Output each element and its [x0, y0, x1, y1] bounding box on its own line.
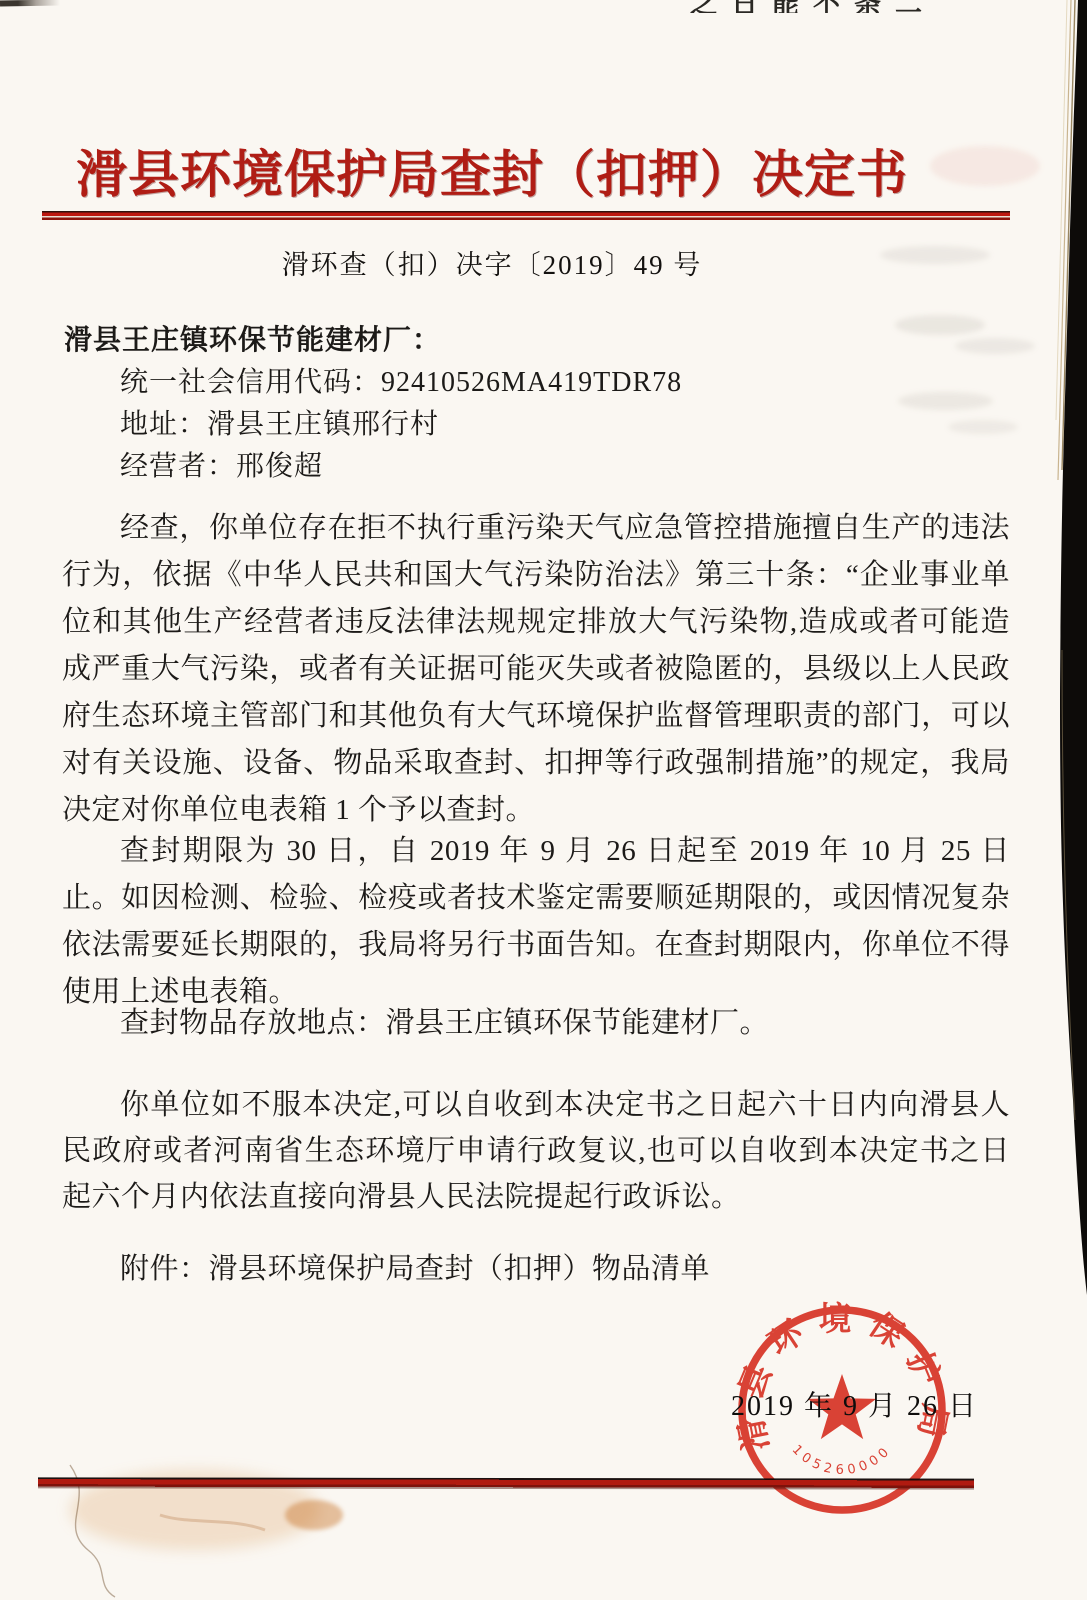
bottom-left-stain: [285, 1500, 343, 1530]
top-left-scan-smudge: [0, 0, 60, 7]
bleed-through-smudge: [930, 146, 1040, 186]
seal-org-text: 滑县环境保护局: [736, 1301, 952, 1454]
scanned-document-page: 之日能不条二 滑县环境保护局查封（扣押）决定书 滑环查（扣）决字〔2019〕49…: [0, 0, 1087, 1600]
document-title: 滑县环境保护局查封（扣押）决定书: [42, 133, 942, 207]
address-line: 地址：滑县王庄镇邢行村: [64, 404, 1010, 446]
body-paragraph-storage-location: 查封物品存放地点：滑县王庄镇环保节能建材厂。: [62, 1000, 1010, 1047]
footer-rule: [38, 1477, 974, 1489]
decision-date: 2019 年 9 月 26 日: [731, 1384, 978, 1424]
body-paragraph-duration: 查封期限为 30 日，自 2019 年 9 月 26 日起至 2019 年 10…: [62, 828, 1010, 1016]
recipient-block: 滑县王庄镇环保节能建材厂： 统一社会信用代码：92410526MA419TDR7…: [64, 320, 1010, 488]
document-number: 滑环查（扣）决字〔2019〕49 号: [42, 243, 942, 282]
credit-code-line: 统一社会信用代码：92410526MA419TDR78: [64, 362, 1010, 404]
recipient-name: 滑县王庄镇环保节能建材厂：: [64, 320, 1010, 362]
scanner-edge-artifact: [1045, 0, 1087, 1600]
body-paragraph-appeal-rights: 你单位如不服本决定,可以自收到本决定书之日起六十日内向滑县人民政府或者河南省生态…: [62, 1082, 1010, 1220]
operator-line: 经营者：邢俊超: [64, 446, 1010, 488]
top-edge-clipped-text: 之日能不条二: [690, 0, 980, 13]
title-divider-rule: [42, 211, 1010, 220]
seal-code-text: 105260000: [789, 1442, 895, 1478]
body-paragraph-findings: 经查，你单位存在拒不执行重污染天气应急管控措施擅自生产的违法行为，依据《中华人民…: [62, 505, 1010, 834]
attachment-line: 附件：滑县环境保护局查封（扣押）物品清单: [62, 1246, 1010, 1293]
